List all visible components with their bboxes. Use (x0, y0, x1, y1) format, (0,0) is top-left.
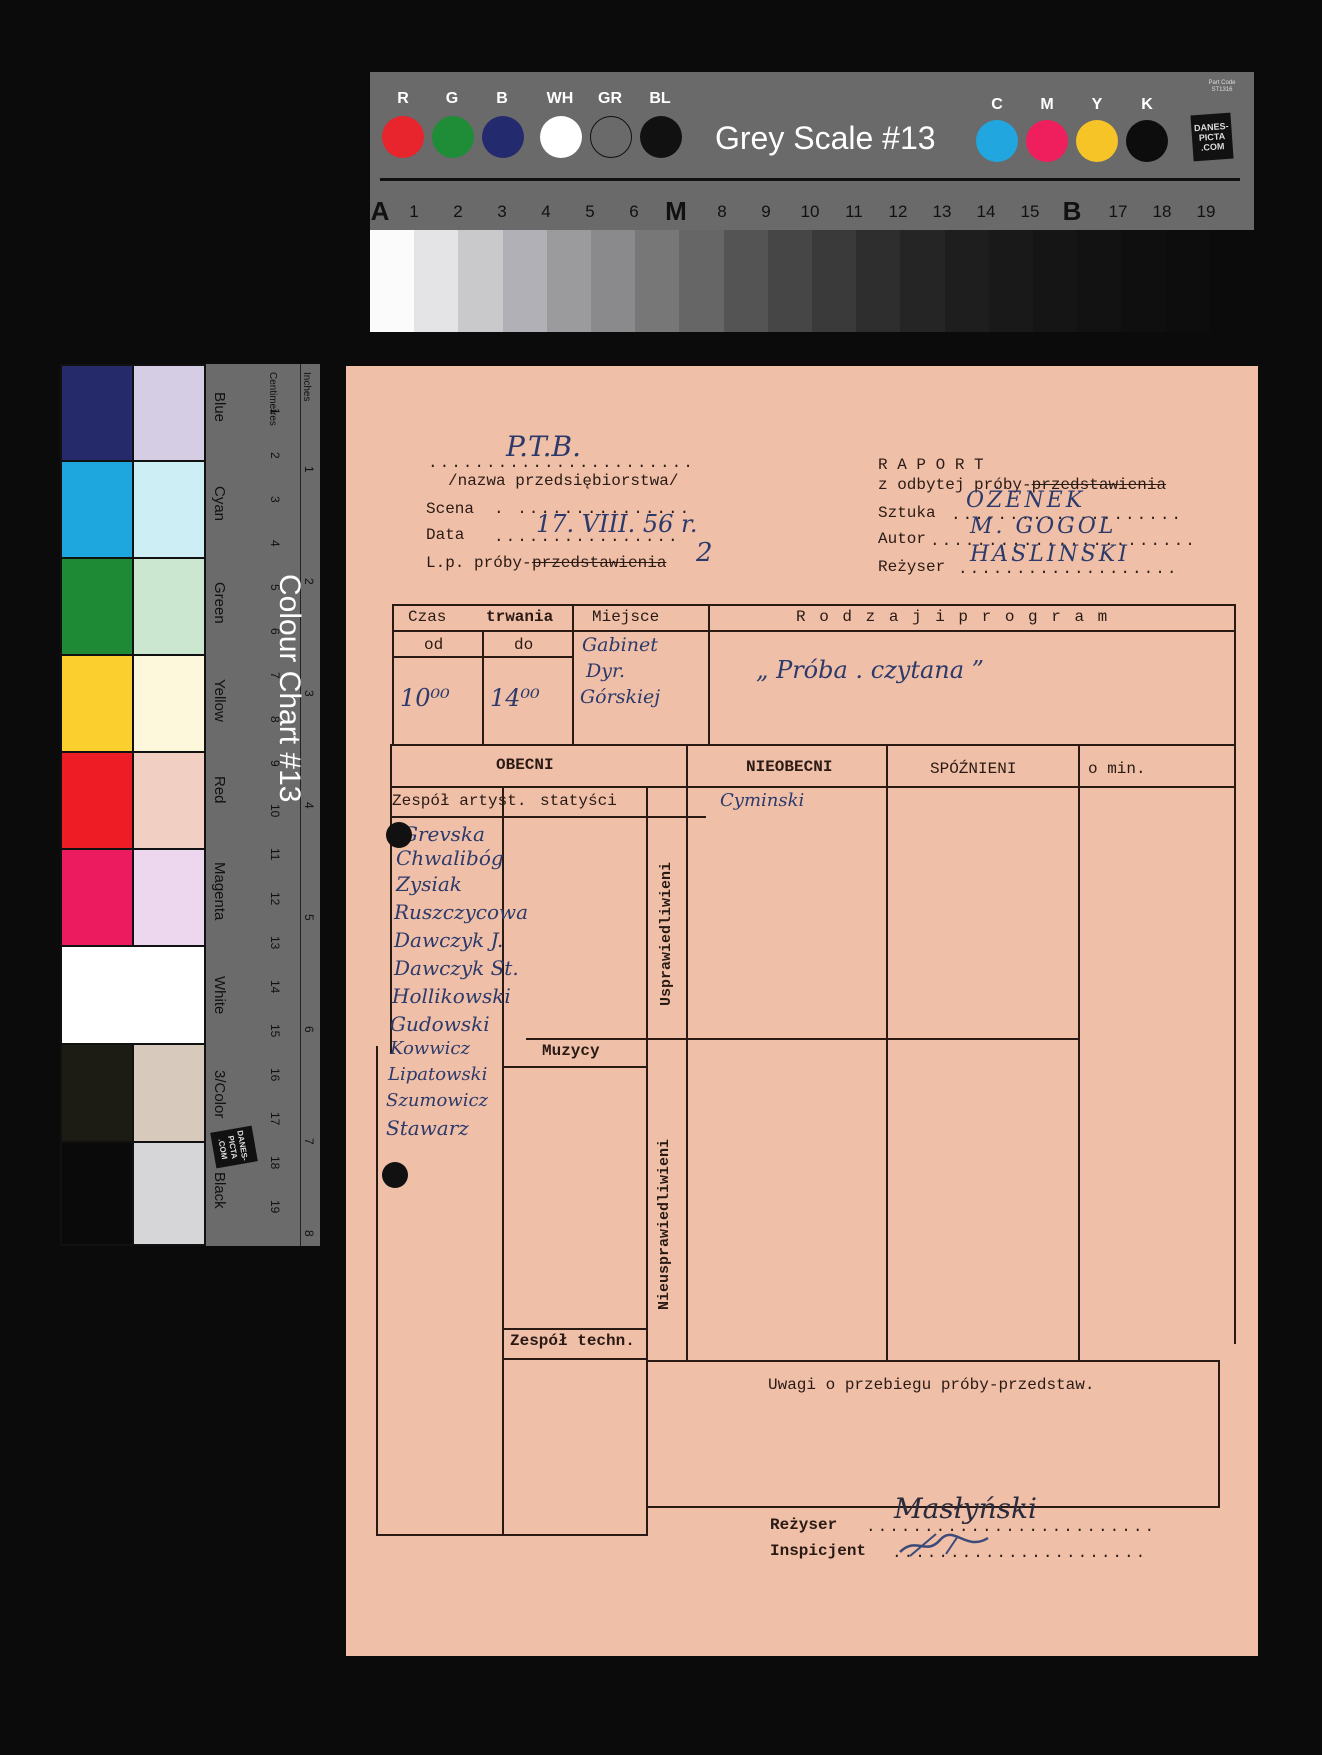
grey-step (900, 230, 944, 332)
sztuka-value: OŻENEK (966, 488, 1085, 513)
rule (526, 1038, 1078, 1040)
autor-value: M. GOGOL (970, 514, 1116, 539)
grey-scale-steps (370, 230, 1254, 332)
lp-struck: przedstawienia (532, 554, 666, 572)
cyan-tint-patch (134, 462, 204, 557)
danes-picta-logo: DANES-PICTA .COM (1190, 113, 1233, 162)
grey-step (768, 230, 812, 332)
label-green: Green (211, 582, 228, 624)
cm-tick: 9 (268, 760, 282, 767)
scena-label: Scena (426, 500, 474, 518)
inspicjent-signature-icon (896, 1526, 996, 1562)
miejsce-value-line1: Gabinet (582, 634, 658, 656)
rule (502, 1066, 646, 1068)
step-label: 11 (836, 202, 872, 222)
grey-step (856, 230, 900, 332)
name-entry: Dawczyk St. (394, 956, 519, 980)
swatch-label-gr: GR (585, 90, 635, 108)
rule (886, 744, 888, 1360)
swatch-label-g: G (427, 90, 477, 108)
grey-step (945, 230, 989, 332)
grey-step (1121, 230, 1165, 332)
company-value: P.T.B. (506, 430, 581, 463)
grey-step (1166, 230, 1210, 332)
cm-tick: 6 (268, 628, 282, 635)
grey-step (812, 230, 856, 332)
inch-tick: 8 (302, 1230, 316, 1237)
blue-patch (62, 366, 132, 460)
grey-step (547, 230, 591, 332)
cm-tick: 12 (268, 892, 282, 905)
cm-tick: 5 (268, 584, 282, 591)
danes-picta-logo: DANES-PICTA .COM (210, 1126, 258, 1169)
label-black: Black (211, 1172, 228, 1209)
grey-step (458, 230, 502, 332)
black-swatch (640, 116, 682, 158)
cm-tick: 13 (268, 936, 282, 949)
step-label: 19 (1188, 202, 1224, 222)
ruler-edge (300, 364, 301, 1246)
label-yellow: Yellow (211, 679, 228, 722)
lp-label: L.p. próby- (426, 554, 532, 572)
name-entry: Chwalibóg (396, 846, 504, 870)
cyan-swatch (976, 120, 1018, 162)
od-value: 10⁰⁰ (400, 684, 450, 712)
miejsce-value-line3: Górskiej (580, 686, 660, 708)
centimetres-label: Centimetres (267, 372, 278, 426)
name-entry: Stawarz (386, 1116, 469, 1140)
cm-tick: 18 (268, 1156, 282, 1169)
part-code: Part Code ST1316 (1202, 80, 1242, 94)
rule (392, 630, 1234, 632)
rule (392, 604, 394, 746)
label-3color: 3/Color (211, 1070, 228, 1118)
label-red: Red (211, 776, 228, 804)
grey-scale-title: Grey Scale #13 (715, 120, 936, 157)
rule (1218, 1360, 1220, 1508)
grey-step (591, 230, 635, 332)
autor-label: Autor (878, 530, 926, 548)
grey-swatch (590, 116, 632, 158)
grey-step (1210, 230, 1254, 332)
colour-chart-title: Colour Chart #13 (272, 574, 306, 802)
miejsce-value-line2: Dyr. (586, 660, 625, 682)
rule (482, 630, 484, 746)
grey-scale-header: R G B WH GR BL Grey Scale #13 C M Y K DA… (370, 72, 1254, 237)
nieusprawiedliwieni-label: Nieusprawiedliwieni (656, 1139, 673, 1310)
lp-value: 2 (696, 538, 713, 568)
step-label: 15 (1012, 202, 1048, 222)
czas-label: Czas (408, 608, 446, 626)
step-label: B (1054, 196, 1090, 227)
divider-line (380, 178, 1240, 181)
cm-tick: 19 (268, 1200, 282, 1213)
black-patch (62, 1143, 132, 1244)
step-label: 2 (440, 202, 476, 222)
inches-label: Inches (301, 372, 312, 401)
grey-step (1033, 230, 1077, 332)
step-label: 6 (616, 202, 652, 222)
step-label: 4 (528, 202, 564, 222)
muzycy-label: Muzycy (542, 1042, 600, 1060)
swatch-label-k: K (1122, 96, 1172, 114)
step-label: 9 (748, 202, 784, 222)
three-color-dark-patch (62, 1045, 132, 1141)
statysci-label: statyści (540, 792, 617, 810)
punch-hole (382, 1162, 408, 1188)
rule (502, 1328, 646, 1330)
name-entry: Hollikowski (392, 984, 511, 1008)
magenta-patch (62, 850, 132, 945)
rule (646, 1360, 1220, 1362)
miejsce-label: Miejsce (592, 608, 659, 626)
swatch-label-m: M (1022, 96, 1072, 114)
inch-tick: 5 (302, 914, 316, 921)
green-patch (62, 559, 132, 654)
data-label: Data (426, 526, 464, 544)
blue-swatch (482, 116, 524, 158)
rule (686, 744, 688, 1360)
inch-tick: 3 (302, 690, 316, 697)
cm-tick: 1 (268, 408, 282, 415)
name-entry: Grevska (402, 822, 485, 846)
name-entry: Lipatowski (388, 1064, 487, 1085)
rule (502, 786, 504, 1536)
yellow-patch (62, 656, 132, 751)
grey-step (724, 230, 768, 332)
grey-step (503, 230, 547, 332)
grey-step (635, 230, 679, 332)
cm-tick: 14 (268, 980, 282, 993)
cm-tick: 7 (268, 672, 282, 679)
spoznieni-label: SPÓŹNIENI (930, 760, 1016, 778)
absent-excused-name: Cyminski (720, 790, 804, 811)
rule (392, 604, 1234, 606)
nieobecni-label: NIEOBECNI (746, 758, 832, 776)
rule (502, 1358, 646, 1360)
cm-tick: 3 (268, 496, 282, 503)
step-label: 12 (880, 202, 916, 222)
label-white: White (211, 976, 228, 1014)
magenta-tint-patch (134, 850, 204, 945)
rule (708, 604, 710, 746)
grey-step (370, 230, 414, 332)
step-label: M (658, 196, 694, 227)
name-entry: Szumowicz (386, 1090, 488, 1111)
step-label: 8 (704, 202, 740, 222)
rezyser-value: HASLINSKI (970, 542, 1130, 567)
uwagi-label: Uwagi o przebiegu próby-przedstaw. (768, 1376, 1094, 1394)
zespol-artyst-label: Zespół artyst. (392, 792, 526, 810)
cm-tick: 16 (268, 1068, 282, 1081)
cm-tick: 11 (268, 848, 282, 860)
footer-rezyser-label: Reżyser (770, 1516, 837, 1534)
step-label: 14 (968, 202, 1004, 222)
rule (390, 816, 706, 818)
step-label: 3 (484, 202, 520, 222)
name-entry: Gudowski (390, 1012, 490, 1036)
inch-tick: 1 (302, 466, 316, 473)
grey-step (989, 230, 1033, 332)
step-label: 5 (572, 202, 608, 222)
program-value: „ Próba . czytana ” (756, 656, 984, 684)
punch-hole (386, 822, 412, 848)
yellow-swatch (1076, 120, 1118, 162)
grey-step (1077, 230, 1121, 332)
name-entry: Dawczyk J. (394, 928, 503, 952)
do-label: do (514, 636, 533, 654)
step-label: 10 (792, 202, 828, 222)
rehearsal-report-form: ....................... P.T.B. /nazwa pr… (346, 366, 1258, 1656)
sztuka-label: Sztuka (878, 504, 936, 522)
inch-tick: 6 (302, 1026, 316, 1033)
swatch-label-r: R (378, 90, 428, 108)
cm-tick: 10 (268, 804, 282, 817)
cm-tick: 4 (268, 540, 282, 547)
rule (646, 786, 648, 1536)
name-entry: Ruszczycowa (394, 900, 528, 924)
label-blue: Blue (211, 392, 228, 422)
cm-tick: 15 (268, 1024, 282, 1037)
red-swatch (382, 116, 424, 158)
step-label: A (362, 196, 398, 227)
black-tint-patch (134, 1143, 204, 1244)
step-label: 17 (1100, 202, 1136, 222)
swatch-label-b: B (477, 90, 527, 108)
report-title: R A P O R T (878, 456, 984, 474)
key-black-swatch (1126, 120, 1168, 162)
rule (390, 744, 1236, 746)
cm-tick: 17 (268, 1112, 282, 1125)
inch-tick: 2 (302, 578, 316, 585)
step-label: 18 (1144, 202, 1180, 222)
swatch-label-y: Y (1072, 96, 1122, 114)
name-entry: Kowwicz (390, 1038, 470, 1059)
label-magenta: Magenta (211, 862, 228, 920)
trwania-label: trwania (486, 608, 553, 626)
white-swatch (540, 116, 582, 158)
inch-tick: 7 (302, 1138, 316, 1145)
red-tint-patch (134, 753, 204, 848)
swatch-label-c: C (972, 96, 1022, 114)
magenta-swatch (1026, 120, 1068, 162)
swatch-label-bl: BL (635, 90, 685, 108)
zespol-techn-label: Zespół techn. (510, 1332, 635, 1350)
cm-tick: 2 (268, 452, 282, 459)
program-label: R o d z a j i p r o g r a m (796, 608, 1109, 626)
white-patch (62, 947, 204, 1043)
blue-tint-patch (134, 366, 204, 460)
step-label: 1 (396, 202, 432, 222)
rule (572, 604, 574, 746)
inch-tick: 4 (302, 802, 316, 809)
label-cyan: Cyan (211, 486, 228, 521)
three-color-light-patch (134, 1045, 204, 1141)
green-swatch (432, 116, 474, 158)
grey-step (679, 230, 723, 332)
cyan-patch (62, 462, 132, 557)
rule (1234, 744, 1236, 1344)
step-label: 13 (924, 202, 960, 222)
swatch-label-wh: WH (535, 90, 585, 108)
rule (390, 786, 1234, 788)
green-tint-patch (134, 559, 204, 654)
name-entry: Zysiak (396, 872, 462, 896)
data-value: 17. VIII. 56 r. (536, 510, 697, 538)
rezyser-signature: Masłyński (894, 1492, 1037, 1525)
rule (1078, 744, 1080, 1360)
omin-label: o min. (1088, 760, 1146, 778)
colour-chart-card: Inches Centimetres Blue Cyan Green Yello… (60, 364, 320, 1246)
grey-step (414, 230, 458, 332)
footer-inspicjent-label: Inspicjent (770, 1542, 866, 1560)
obecni-label: OBECNI (496, 756, 554, 774)
colour-patch-grid (60, 364, 206, 1246)
red-patch (62, 753, 132, 848)
od-label: od (424, 636, 443, 654)
grey-scale-card: R G B WH GR BL Grey Scale #13 C M Y K DA… (370, 72, 1254, 332)
usprawiedliwieni-label: Usprawiedliwieni (658, 862, 675, 1006)
yellow-tint-patch (134, 656, 204, 751)
cm-tick: 8 (268, 716, 282, 723)
rule (376, 1046, 378, 1536)
rule (1234, 604, 1236, 746)
rezyser-label: Reżyser (878, 558, 945, 576)
ruler-strip: Inches Centimetres Blue Cyan Green Yello… (206, 364, 320, 1246)
company-label: /nazwa przedsiębiorstwa/ (448, 472, 678, 490)
do-value: 14⁰⁰ (490, 684, 540, 712)
rule (376, 1534, 646, 1536)
